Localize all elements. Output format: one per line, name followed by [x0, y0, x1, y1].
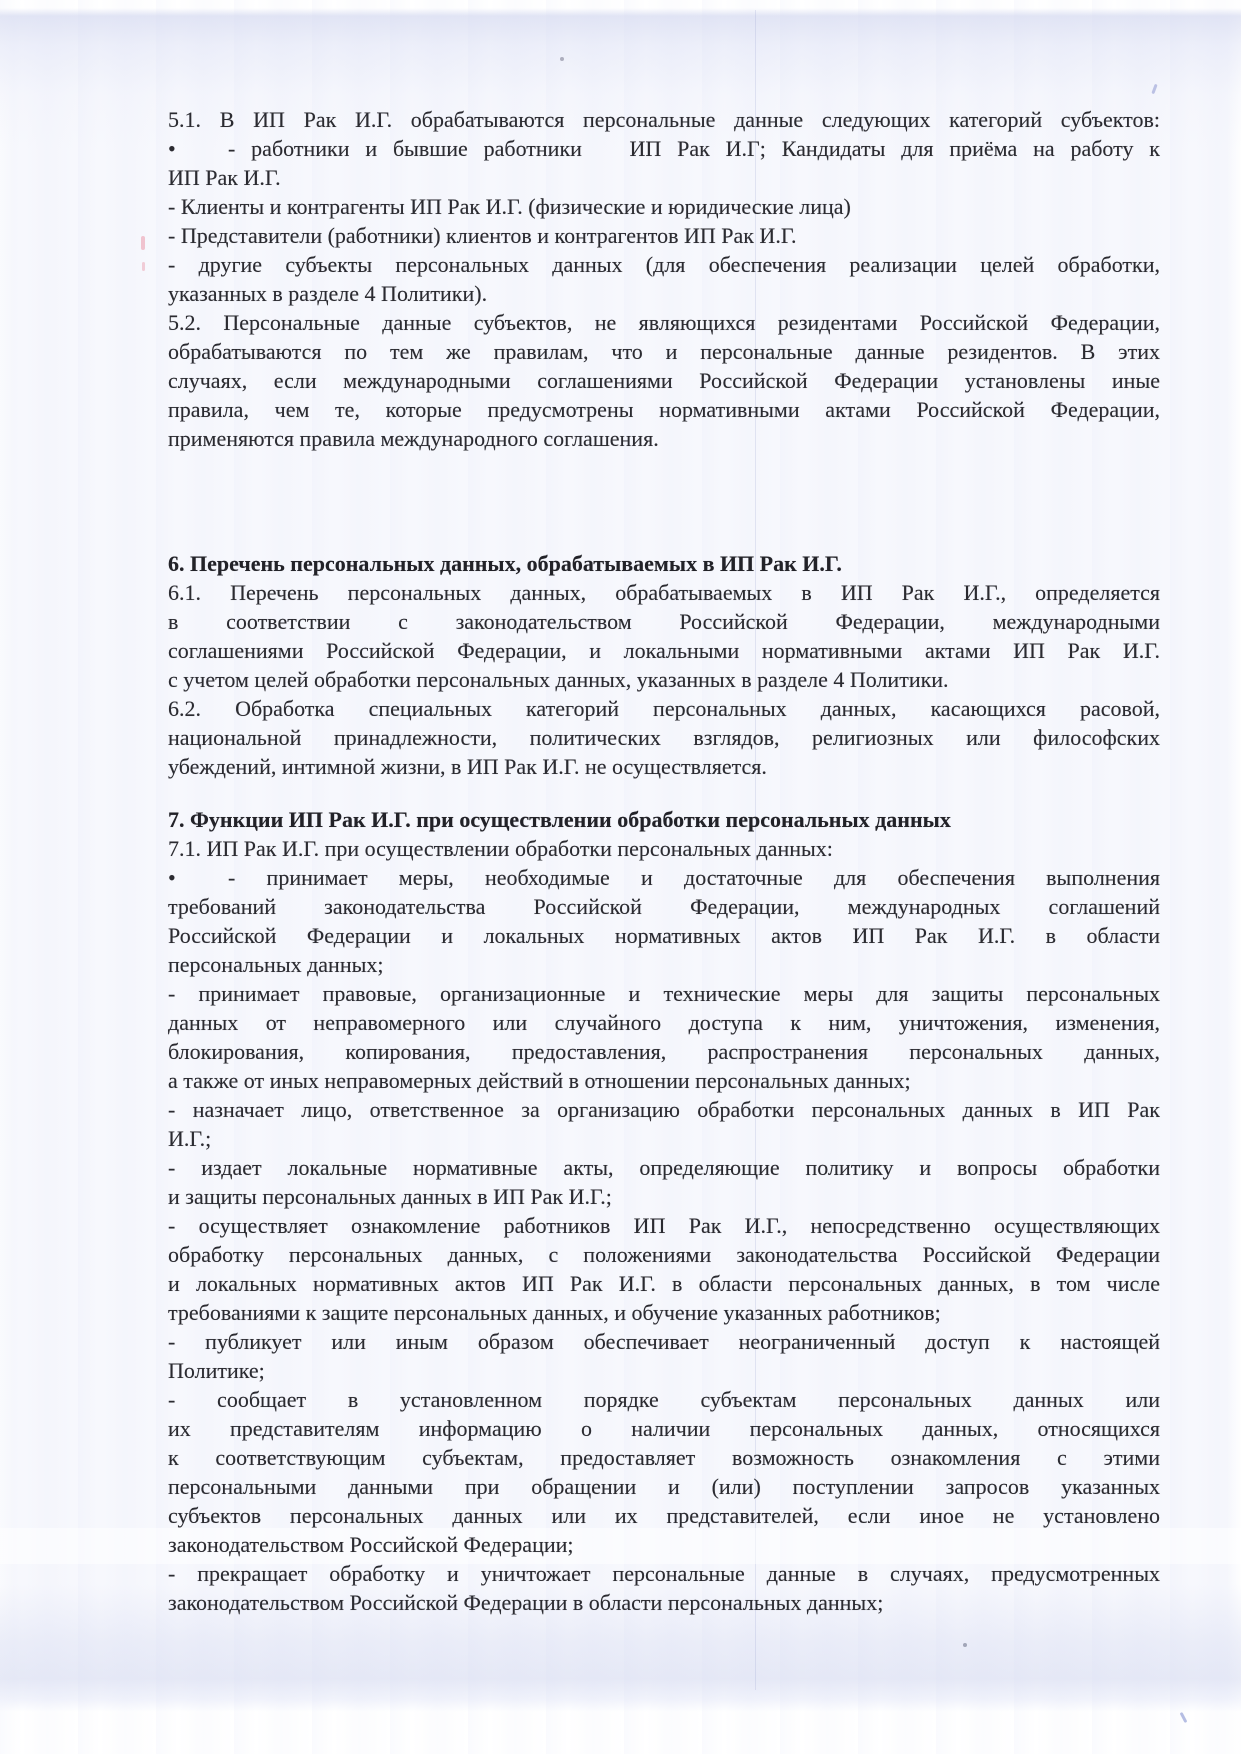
text-line: 7. Функции ИП Рак И.Г. при осуществлении… [168, 805, 1160, 834]
text-line: данных от неправомерного или случайного … [168, 1008, 1160, 1037]
text-line: применяются правила международного согла… [168, 424, 1160, 453]
text-line: - Представители (работники) клиентов и к… [168, 221, 1160, 250]
text-line: - прекращает обработку и уничтожает перс… [168, 1559, 1160, 1588]
text-line: персональными данными при обращении и (и… [168, 1472, 1160, 1501]
text-line: соглашениями Российской Федерации, и лок… [168, 636, 1160, 665]
para-7-measures: - принимает правовые, организационные и … [168, 979, 1160, 1095]
text-line: обрабатываются по тем же правилам, что и… [168, 337, 1160, 366]
para-7-1: 7.1. ИП Рак И.Г. при осуществлении обраб… [168, 834, 1160, 863]
text-line: •- работники и бывшие работники ИП Рак И… [168, 134, 1160, 163]
text-line: персональных данных; [168, 950, 1160, 979]
text-line: случаях, если международными соглашениям… [168, 366, 1160, 395]
text-line: в соответствии с законодательством Росси… [168, 607, 1160, 636]
para-7-familiarizes: - осуществляет ознакомление работников И… [168, 1211, 1160, 1327]
text-line: - принимает правовые, организационные и … [168, 979, 1160, 1008]
para-6-1: 6.1. Перечень персональных данных, обраб… [168, 578, 1160, 694]
text-line: •- принимает меры, необходимые и достато… [168, 863, 1160, 892]
text-line: с учетом целей обработки персональных да… [168, 665, 1160, 694]
text-line: их представителям информацию о наличии п… [168, 1414, 1160, 1443]
bullet-marker-icon: • [168, 134, 228, 163]
text-line: - назначает лицо, ответственное за орган… [168, 1095, 1160, 1124]
para-7-bullet: •- принимает меры, необходимые и достато… [168, 863, 1160, 979]
text-line: к соответствующим субъектам, предоставля… [168, 1443, 1160, 1472]
text-line: - публикует или иным образом обеспечивае… [168, 1327, 1160, 1356]
heading-6: 6. Перечень персональных данных, обрабат… [168, 549, 1160, 578]
scanned-page: 5.1. В ИП Рак И.Г. обрабатываются персон… [0, 0, 1241, 1754]
para-7-terminates: - прекращает обработку и уничтожает перс… [168, 1559, 1160, 1617]
para-6-2: 6.2. Обработка специальных категорий пер… [168, 694, 1160, 781]
text-line: 5.2. Персональные данные субъектов, не я… [168, 308, 1160, 337]
text-line: Российской Федерации и локальных нормати… [168, 921, 1160, 950]
text-line: И.Г.; [168, 1124, 1160, 1153]
text-line: - Клиенты и контрагенты ИП Рак И.Г. (физ… [168, 192, 1160, 221]
text-line: - издает локальные нормативные акты, опр… [168, 1153, 1160, 1182]
text-line: блокирования, копирования, предоставлени… [168, 1037, 1160, 1066]
scan-artifact [963, 1643, 967, 1647]
text-line: 6. Перечень персональных данных, обрабат… [168, 549, 1160, 578]
text-line: требований законодательства Российской Ф… [168, 892, 1160, 921]
para-7-appoints: - назначает лицо, ответственное за орган… [168, 1095, 1160, 1153]
text-line: - другие субъекты персональных данных (д… [168, 250, 1160, 279]
text-line: а также от иных неправомерных действий в… [168, 1066, 1160, 1095]
text-line: убеждений, интимной жизни, в ИП Рак И.Г.… [168, 752, 1160, 781]
text-line: - осуществляет ознакомление работников И… [168, 1211, 1160, 1240]
text-line: национальной принадлежности, политически… [168, 723, 1160, 752]
text-line: указанных в разделе 4 Политики). [168, 279, 1160, 308]
bullet-marker-icon: • [168, 863, 228, 892]
para-7-informs: - сообщает в установленном порядке субъе… [168, 1385, 1160, 1559]
text-line: 5.1. В ИП Рак И.Г. обрабатываются персон… [168, 105, 1160, 134]
text-line: 6.2. Обработка специальных категорий пер… [168, 694, 1160, 723]
text-line: 7.1. ИП Рак И.Г. при осуществлении обраб… [168, 834, 1160, 863]
text-line: и локальных нормативных актов ИП Рак И.Г… [168, 1269, 1160, 1298]
text-line: субъектов персональных данных или их пре… [168, 1501, 1160, 1530]
text-line: требованиями к защите персональных данны… [168, 1298, 1160, 1327]
para-7-publishes: - публикует или иным образом обеспечивае… [168, 1327, 1160, 1385]
para-5-1: 5.1. В ИП Рак И.Г. обрабатываются персон… [168, 105, 1160, 453]
document-text: 5.1. В ИП Рак И.Г. обрабатываются персон… [168, 105, 1160, 1617]
text-line: правила, чем те, которые предусмотрены н… [168, 395, 1160, 424]
text-line: ИП Рак И.Г. [168, 163, 1160, 192]
text-line: Политике; [168, 1356, 1160, 1385]
text-line: и защиты персональных данных в ИП Рак И.… [168, 1182, 1160, 1211]
text-line: законодательством Российской Федерации; [168, 1530, 1160, 1559]
heading-7: 7. Функции ИП Рак И.Г. при осуществлении… [168, 805, 1160, 834]
scan-artifact [141, 236, 145, 250]
text-line: - сообщает в установленном порядке субъе… [168, 1385, 1160, 1414]
text-line: обработку персональных данных, с положен… [168, 1240, 1160, 1269]
para-7-issues: - издает локальные нормативные акты, опр… [168, 1153, 1160, 1211]
scan-artifact [142, 262, 145, 271]
text-line: законодательством Российской Федерации в… [168, 1588, 1160, 1617]
scan-artifact [560, 57, 564, 61]
text-line: 6.1. Перечень персональных данных, обраб… [168, 578, 1160, 607]
